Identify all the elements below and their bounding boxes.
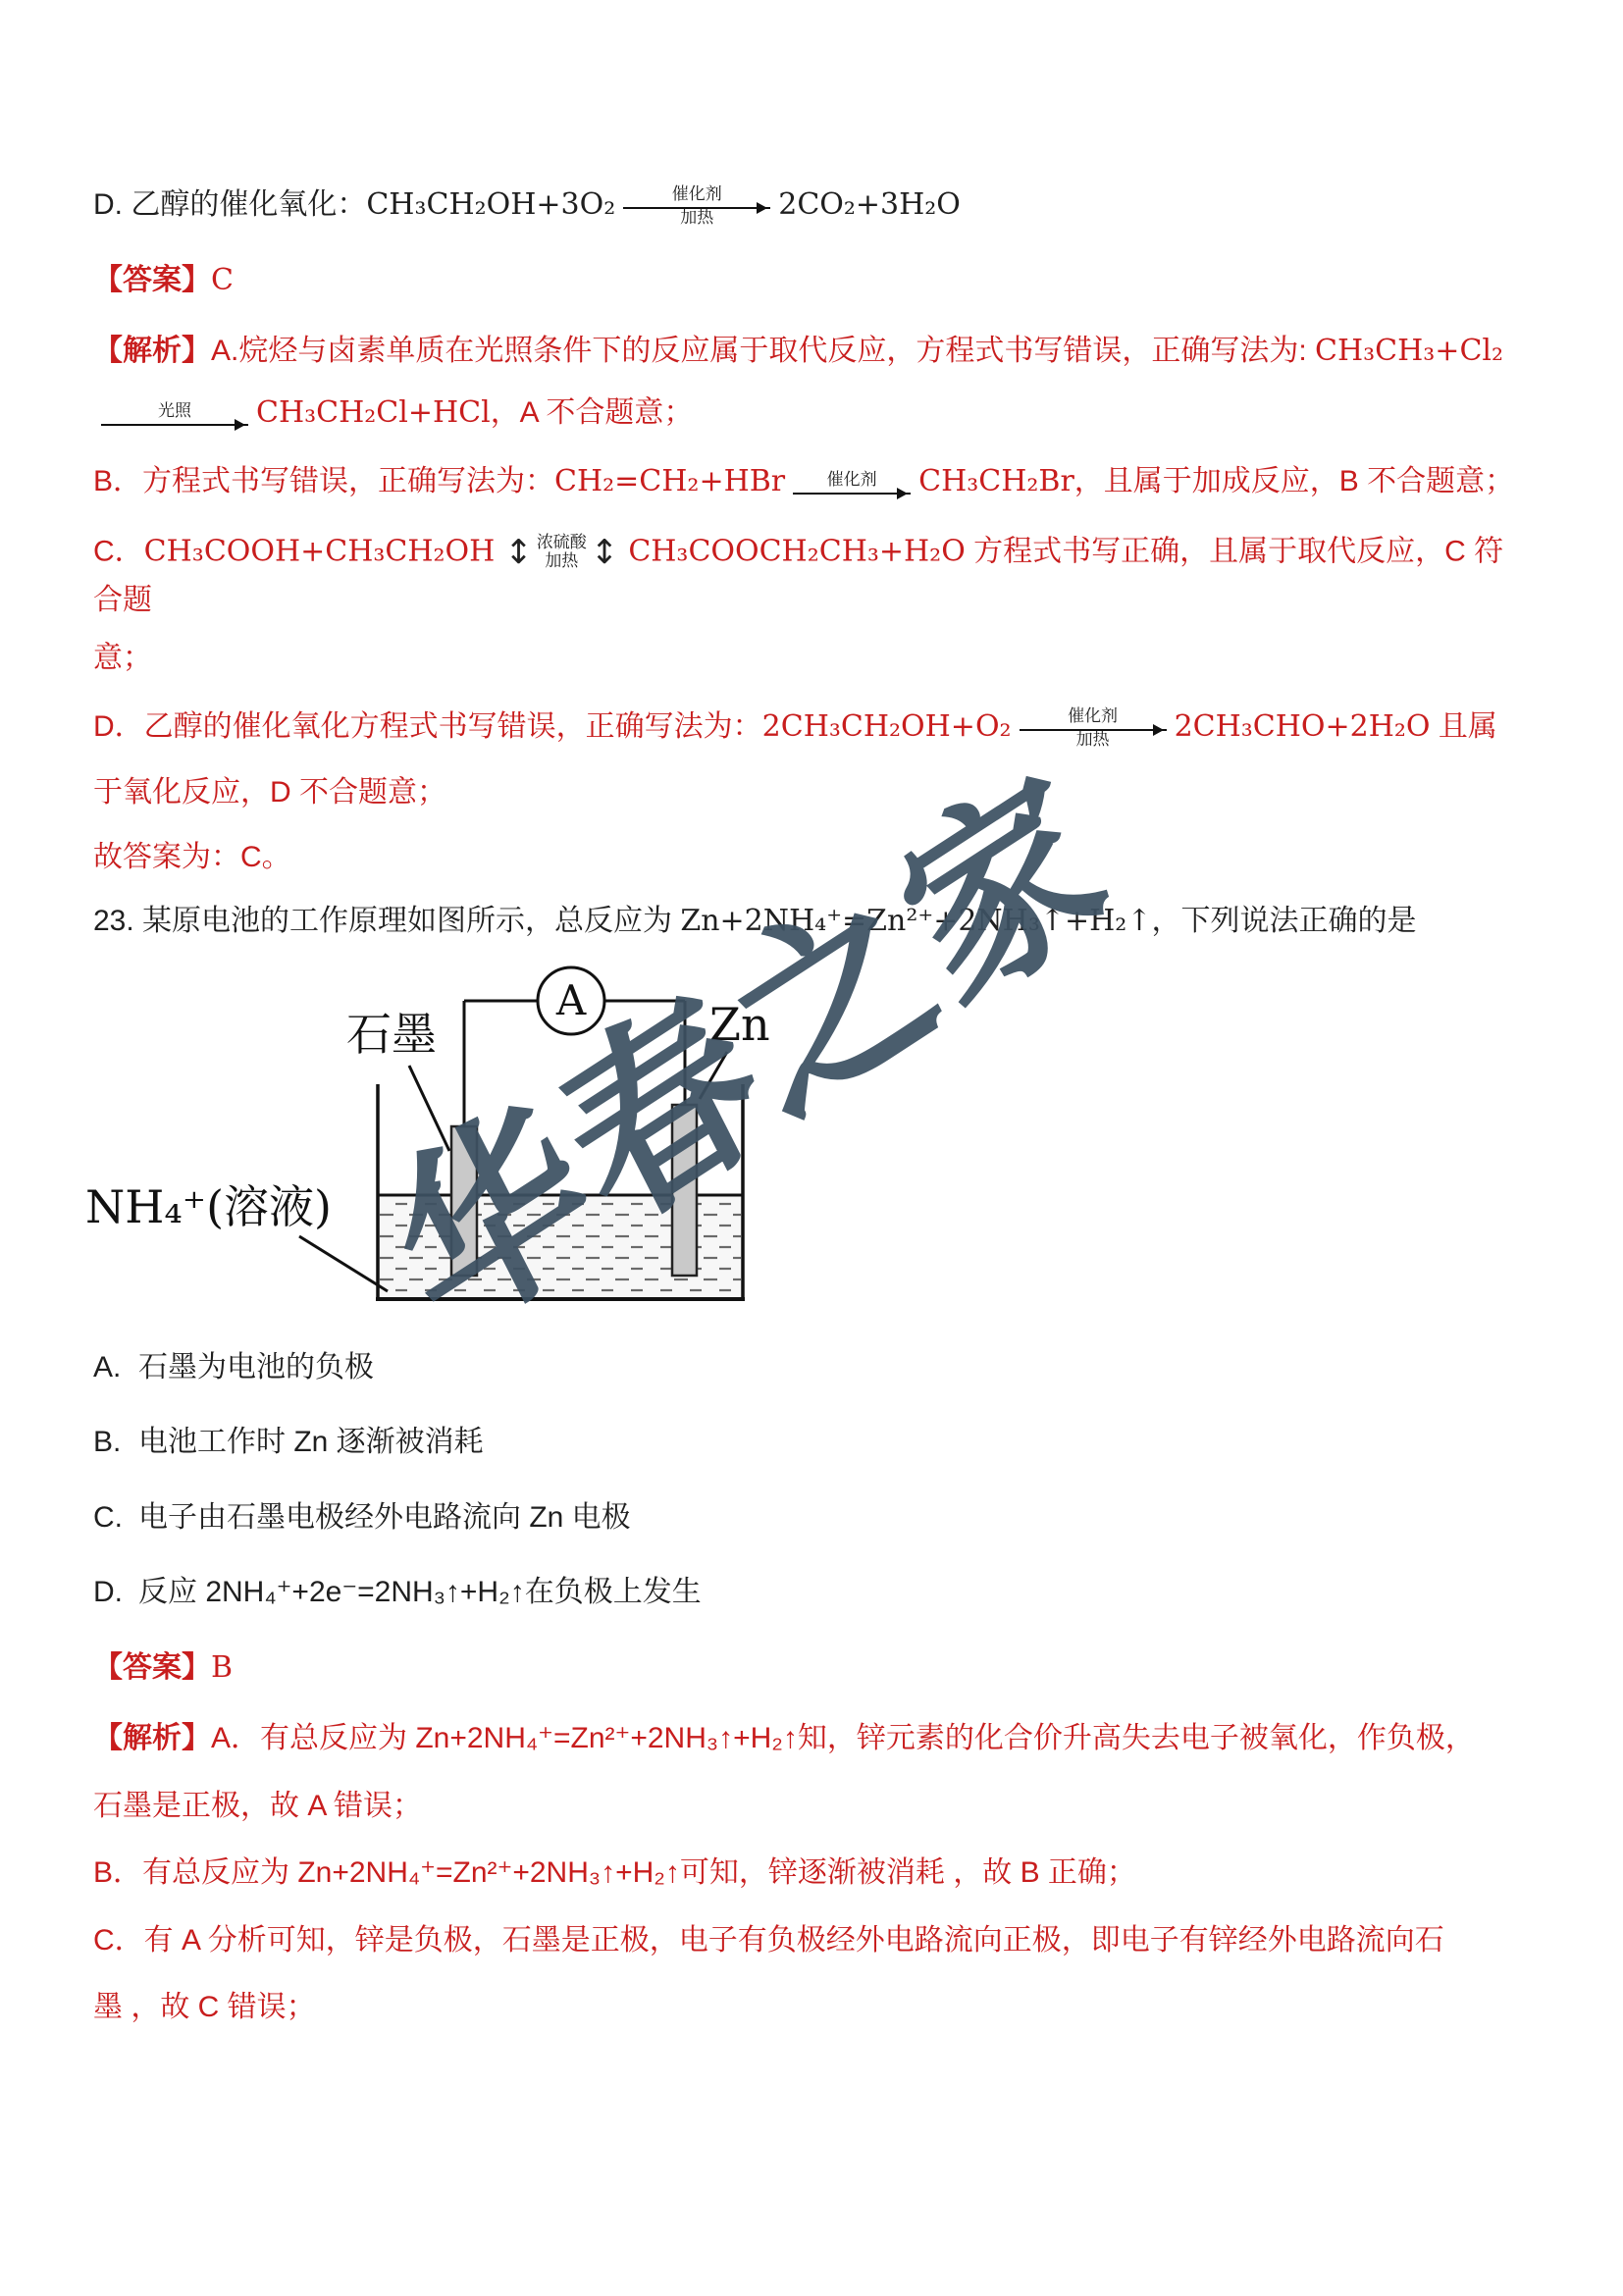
reaction-condition-arrow: 催化剂加热 <box>1020 707 1167 749</box>
q23-option-c: C.电子由石墨电极经外电路流向 Zn 电极 <box>93 1495 1530 1541</box>
q22-analysis-a-line: 【解析】A.烷烃与卤素单质在光照条件下的反应属于取代反应，方程式书写错误，正确写… <box>93 329 1530 375</box>
q22-analysis-c-wrap: 意； <box>93 642 152 674</box>
zinc-label: Zn <box>709 998 770 1051</box>
q22-analysis-d-wrap: 于氧化反应，D 不合题意； <box>93 776 446 809</box>
graphite-electrode <box>451 1126 477 1276</box>
q23-stem-prefix: 23. 某原电池的工作原理如图所示，总反应为 <box>93 905 680 937</box>
q22-analysis-c-line: C．CH₃COOH+CH₃CH₂OH↕浓硫酸加热↕CH₃COOCH₂CH₃+H₂… <box>93 527 1530 624</box>
q23-analysis-a1: A．有总反应为 Zn+2NH₄⁺=Zn²⁺+2NH₃↑+H₂↑知，锌元素的化合价… <box>211 1722 1475 1754</box>
q23-analysis-c2-line: 墨 ，故 C 错误； <box>93 1985 1530 2031</box>
q22-analysis-c-formula1: CH₃COOH+CH₃CH₂OH <box>144 534 496 568</box>
arrow-shaft <box>101 420 248 426</box>
updown-arrow-icon: ↕ <box>504 527 533 579</box>
graphite-label: 石墨 <box>346 1009 437 1060</box>
q23-answer-line: 【答案】B <box>93 1645 1530 1692</box>
q23-stem-line: 23. 某原电池的工作原理如图所示，总反应为 Zn+2NH₄⁺=Zn²⁺+2NH… <box>93 899 1530 945</box>
q23-option-a: A.石墨为电池的负极 <box>93 1345 1530 1391</box>
analysis-label: 【解析】 <box>93 335 211 367</box>
q22-analysis-c-formula2: CH₃COOCH₂CH₃+H₂O <box>628 534 966 568</box>
q22-answer-value: C <box>211 263 234 297</box>
ammeter-label: A <box>555 976 587 1024</box>
arrow-condition-below: 加热 <box>680 209 713 227</box>
q22-analysis-c-text: C． <box>93 535 144 567</box>
arrow-condition-above: 催化剂 <box>827 471 877 489</box>
q22-analysis-a-formula: CH₃CH₃+Cl₂ <box>1315 334 1503 368</box>
solution-leader-line <box>299 1236 388 1291</box>
q23-stem-suffix: ，下列说法正确的是 <box>1151 905 1416 937</box>
reaction-condition-arrow: 光照 <box>101 402 248 426</box>
arrow-shaft <box>793 489 911 495</box>
arrow-shaft <box>1020 725 1167 731</box>
q22-analysis-a2-line: 光照CH₃CH₂Cl+HCl，A 不合题意； <box>93 391 1530 437</box>
q22-analysis-d-formula2: 2CH₃CHO+2H₂O <box>1175 709 1431 744</box>
zinc-leader-line <box>700 1052 727 1099</box>
q23-analysis-c2: 墨 ，故 C 错误； <box>93 1991 316 2023</box>
graphite-leader-line <box>409 1066 449 1151</box>
q22-analysis-b-text: B．方程式书写错误，正确写法为： <box>93 465 554 497</box>
arrow-condition-below: 加热 <box>1076 731 1110 749</box>
document-content: D. 乙醇的催化氧化：CH₃CH₂OH+3O₂催化剂加热2CO₂+3H₂O 【答… <box>0 0 1623 2031</box>
arrow-condition-above: 催化剂 <box>1068 707 1118 725</box>
q23-analysis-c1-line: C．有 A 分析可知，锌是负极，石墨是正极，电子有负极经外电路流向正极，即电子有… <box>93 1918 1530 1964</box>
q22-analysis-b-formula1: CH₂=CH₂+HBr <box>554 464 785 498</box>
arrow-condition-above: 光照 <box>158 402 191 420</box>
q22-analysis-a-text: A.烷烃与卤素单质在光照条件下的反应属于取代反应，方程式书写错误，正确写法为: <box>211 335 1315 367</box>
q22-analysis-b-line: B．方程式书写错误，正确写法为：CH₂=CH₂+HBr催化剂CH₃CH₂Br，且… <box>93 459 1530 505</box>
option-text: 电池工作时 Zn 逐渐被消耗 <box>138 1426 484 1458</box>
q23-analysis-c1: C．有 A 分析可知，锌是负极，石墨是正极，电子有负极经外电路流向正极，即电子有… <box>93 1924 1444 1957</box>
option-label: B. <box>93 1420 138 1466</box>
eq-condition-above: 浓硫酸 <box>537 534 587 552</box>
q23-option-b: B.电池工作时 Zn 逐渐被消耗 <box>93 1420 1530 1466</box>
q22-analysis-d-formula1: 2CH₃CH₂OH+O₂ <box>762 709 1012 744</box>
q23-analysis-a2: 石墨是正极，故 A 错误； <box>93 1790 422 1822</box>
answer-label: 【答案】 <box>93 264 211 296</box>
q22-option-d-formula-left: CH₃CH₂OH+3O₂ <box>366 187 615 222</box>
q23-analysis-a1-line: 【解析】A．有总反应为 Zn+2NH₄⁺=Zn²⁺+2NH₃↑+H₂↑知，锌元素… <box>93 1716 1530 1762</box>
solution-label: NH₄⁺(溶液) <box>85 1180 332 1233</box>
galvanic-cell-diagram: A 石墨 <box>83 950 1530 1320</box>
q22-analysis-d-line: D．乙醇的催化氧化方程式书写错误，正确写法为：2CH₃CH₂OH+O₂催化剂加热… <box>93 704 1530 751</box>
updown-arrow-icon: ↕ <box>591 527 619 579</box>
q22-option-d-line: D. 乙醇的催化氧化：CH₃CH₂OH+3O₂催化剂加热2CO₂+3H₂O <box>93 183 1530 229</box>
q22-analysis-d-text: D．乙醇的催化氧化方程式书写错误，正确写法为： <box>93 710 762 743</box>
option-text: 石墨为电池的负极 <box>138 1351 374 1383</box>
option-label: D. <box>93 1570 138 1616</box>
q22-option-d-text: D. 乙醇的催化氧化： <box>93 188 366 221</box>
q22-conclusion-line: 故答案为：C。 <box>93 835 1530 881</box>
q22-analysis-b-tail: ，且属于加成反应，B 不合题意； <box>1074 465 1514 497</box>
q22-analysis-d-wrap-line: 于氧化反应，D 不合题意； <box>93 770 1530 816</box>
q22-conclusion: 故答案为：C。 <box>93 841 291 873</box>
equilibrium-condition-symbol: ↕浓硫酸加热↕ <box>500 527 622 579</box>
q22-option-d-formula-right: 2CO₂+3H₂O <box>778 187 961 222</box>
q22-analysis-a2-formula: CH₃CH₂Cl+HCl <box>256 395 491 430</box>
q23-stem-formula: Zn+2NH₄⁺=Zn²⁺+2NH₃↑+H₂↑ <box>680 904 1151 938</box>
q23-analysis-b: B．有总反应为 Zn+2NH₄⁺=Zn²⁺+2NH₃↑+H₂↑可知，锌逐渐被消耗… <box>93 1856 1136 1889</box>
galvanic-cell-svg: A 石墨 <box>83 950 770 1305</box>
q22-analysis-d-tail: 且属 <box>1431 710 1497 743</box>
analysis-label: 【解析】 <box>93 1722 211 1754</box>
eq-condition-below: 加热 <box>545 552 578 571</box>
answer-label: 【答案】 <box>93 1651 211 1684</box>
arrow-shaft <box>623 203 770 209</box>
reaction-condition-arrow: 催化剂加热 <box>623 185 770 227</box>
q23-analysis-a2-line: 石墨是正极，故 A 错误； <box>93 1784 1530 1830</box>
q23-option-d: D.反应 2NH₄⁺+2e⁻=2NH₃↑+H₂↑在负极上发生 <box>93 1570 1530 1616</box>
option-label: C. <box>93 1495 138 1541</box>
option-text: 电子由石墨电极经外电路流向 Zn 电极 <box>138 1501 631 1534</box>
q22-analysis-a2-tail: ，A 不合题意； <box>491 396 694 429</box>
q22-analysis-b-formula2: CH₃CH₂Br <box>918 464 1074 498</box>
q22-analysis-c-wrap-line: 意； <box>93 636 1530 682</box>
option-label: A. <box>93 1345 138 1391</box>
reaction-condition-arrow: 催化剂 <box>793 471 911 495</box>
exam-document-page: 华春之家 D. 乙醇的催化氧化：CH₃CH₂OH+3O₂催化剂加热2CO₂+3H… <box>0 0 1623 2296</box>
q23-answer-value: B <box>211 1650 233 1685</box>
q23-analysis-b-line: B．有总反应为 Zn+2NH₄⁺=Zn²⁺+2NH₃↑+H₂↑可知，锌逐渐被消耗… <box>93 1851 1530 1897</box>
zinc-electrode <box>672 1105 697 1276</box>
option-text: 反应 2NH₄⁺+2e⁻=2NH₃↑+H₂↑在负极上发生 <box>138 1576 702 1608</box>
q22-answer-line: 【答案】C <box>93 258 1530 304</box>
arrow-condition-above: 催化剂 <box>672 185 722 203</box>
